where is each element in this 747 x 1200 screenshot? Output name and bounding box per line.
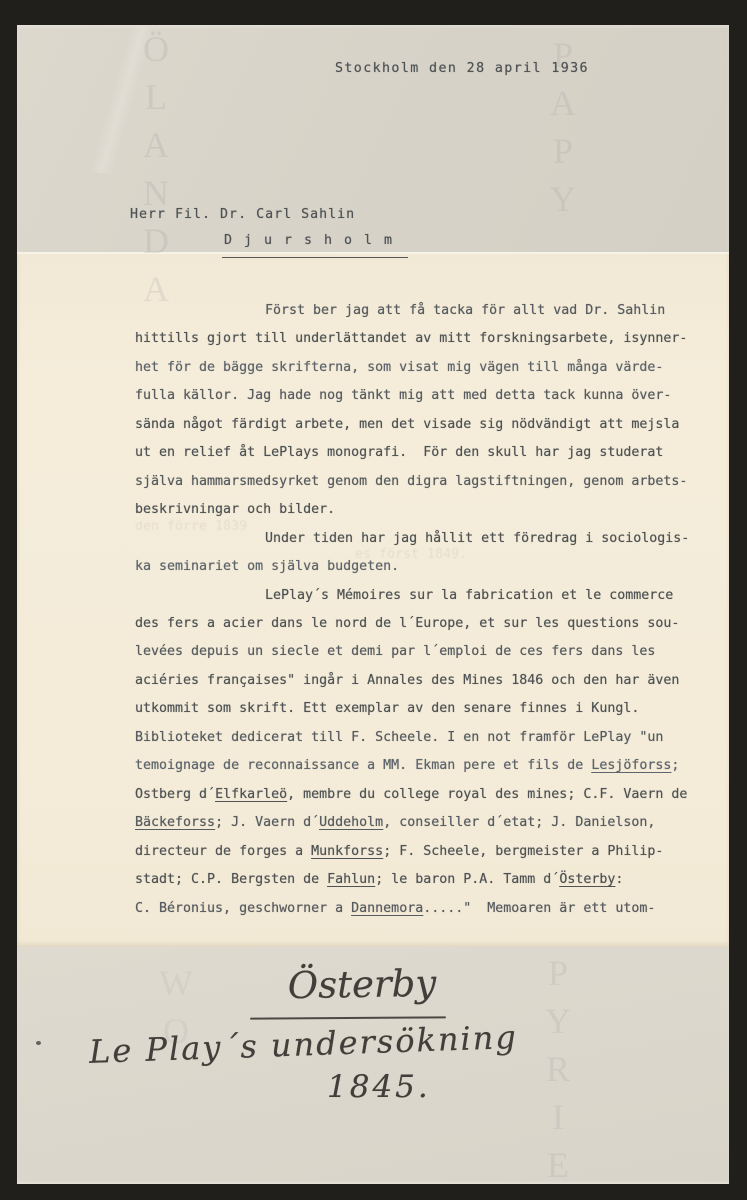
body-line: sända något färdigt arbete, men det visa… — [135, 411, 720, 439]
body-line: beskrivningar och bilder. — [135, 496, 720, 524]
letter-date: Stockholm den 28 april 1936 — [335, 55, 589, 83]
body-line: ut en relief åt LePlays monografi. För d… — [135, 439, 720, 467]
body-line: själva hammarsmedsyrket genom den digra … — [135, 468, 720, 496]
recipient-name: Herr Fil. Dr. Carl Sahlin — [130, 201, 355, 229]
body-line: utkommit som skrift. Ett exemplar av den… — [135, 695, 720, 723]
handwritten-note-year: 1845. — [327, 1069, 431, 1105]
body-line: des fers a acier dans le nord de l´Europ… — [135, 610, 720, 638]
body-line: Bäckeforss; J. Vaern d´Uddeholm, conseil… — [135, 809, 720, 837]
body-line: Biblioteket dedicerat till F. Scheele. I… — [135, 724, 720, 752]
scanned-letter-photo: ÖLANDA PAPY WO PYRIE Stockholm den 28 ap… — [0, 0, 747, 1200]
paper-crease — [69, 21, 174, 180]
recipient-city: Djursholm — [222, 227, 408, 258]
body-line: temoignage de reconnaissance a MM. Ekman… — [135, 752, 720, 780]
body-line: het för de bägge skrifterna, som visat m… — [135, 354, 720, 382]
body-line: hittills gjort till underlättandet av mi… — [135, 325, 720, 353]
body-line: stadt; C.P. Bergsten de Fahlun; le baron… — [135, 866, 720, 894]
handwritten-title: Österby — [267, 961, 458, 1007]
paper-area: ÖLANDA PAPY WO PYRIE Stockholm den 28 ap… — [17, 25, 729, 1184]
body-line: directeur de forges a Munkforss; F. Sche… — [135, 838, 720, 866]
body-line: LePlay´s Mémoires sur la fabrication et … — [135, 582, 720, 610]
body-line: Först ber jag att få tacka för allt vad … — [135, 297, 720, 325]
body-line: fulla källor. Jag hade nog tänkt mig att… — [135, 382, 720, 410]
ink-dot — [36, 1041, 41, 1045]
letter-body: Först ber jag att få tacka för allt vad … — [135, 297, 720, 923]
body-line: aciéries françaises" ingår i Annales des… — [135, 667, 720, 695]
body-line: levées depuis un siecle et demi par l´em… — [135, 638, 720, 666]
body-line: ka seminariet om själva budgeten. — [135, 553, 720, 581]
body-line: Under tiden har jag hållit ett föredrag … — [135, 525, 720, 553]
body-line: Ostberg d´Elfkarleö, membre du college r… — [135, 781, 720, 809]
body-line: C. Béronius, geschworner a Dannemora....… — [135, 895, 720, 923]
